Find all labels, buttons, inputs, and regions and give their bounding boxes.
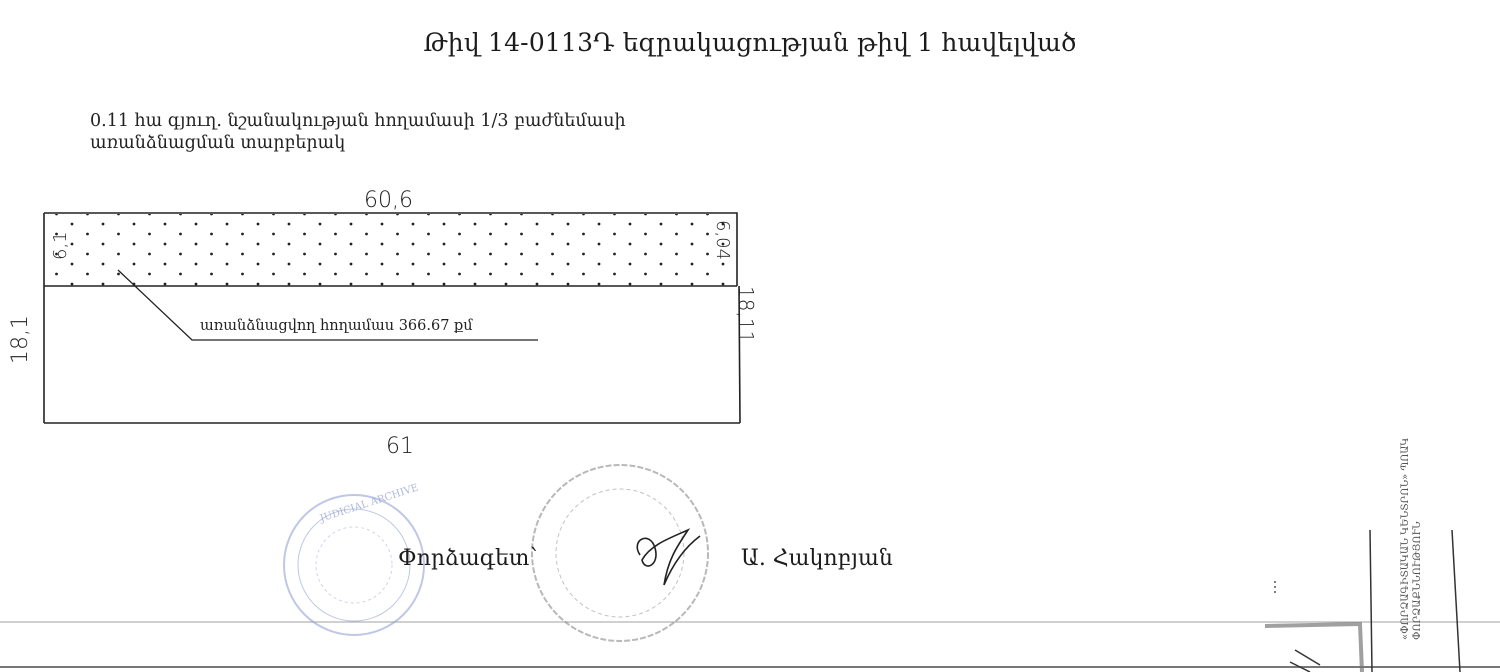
dimension-left: 18,1 [8,315,33,364]
dimension-strip-left: 6,1 [50,231,71,260]
dimension-right: 18,11 [734,286,758,343]
dimension-bottom: 61 [386,434,414,459]
separated-area-label: առանձնացվող հողամաս 366.67 քմ [200,318,473,334]
registry-stamp [1265,530,1460,672]
dimension-strip-right: 6,04 [712,220,733,260]
registry-stamp-line-2: ՓՈՐՁԱՔՆՆՈՒԹՅՈՒՆ [1412,438,1424,640]
registry-stamp-text: «ՓՈՐՁԱԳԻՏԱԿԱՆ ԿԵՆՏՐՈՆ» ՊՈԱԿ ՓՈՐՁԱՔՆՆՈՒԹՅ… [1400,438,1424,640]
signature-name: Ա. Հակոբյան [741,546,893,571]
signature-role: Փորձագետ՝ [398,546,537,571]
small-mark [1274,581,1276,593]
hatched-strip [45,214,737,286]
signature-scribble [637,530,700,585]
registry-stamp-line-1: «ՓՈՐՁԱԳԻՏԱԿԱՆ ԿԵՆՏՐՈՆ» ՊՈԱԿ [1400,438,1412,640]
dimension-top: 60,6 [364,188,413,213]
